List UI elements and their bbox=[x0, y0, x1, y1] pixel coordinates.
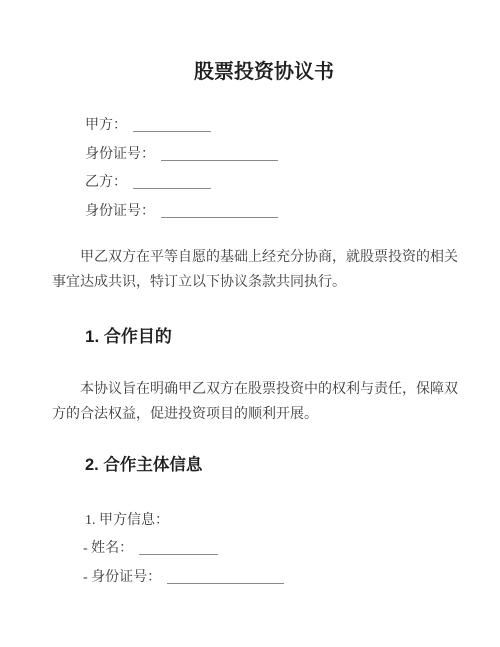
party-a-name-row: 甲方： bbox=[85, 112, 278, 141]
paragraph-line: 方的合法权益，促进投资项目的顺利开展。 bbox=[52, 403, 452, 428]
blank-line bbox=[133, 174, 211, 189]
party-a-info-block: - 姓名： - 身份证号： bbox=[83, 534, 284, 592]
party-a-id-row: 身份证号： bbox=[85, 141, 278, 170]
blank-line bbox=[161, 203, 278, 218]
intro-paragraph: 甲乙双方在平等自愿的基础上经充分协商，就股票投资的相关 事宜达成共识，特订立以下… bbox=[52, 246, 452, 295]
field-label: 乙方： bbox=[85, 175, 127, 190]
name-field-row: - 姓名： bbox=[83, 534, 284, 563]
party-a-info-subheading: 1. 甲方信息： bbox=[85, 508, 169, 533]
blank-line bbox=[161, 146, 278, 161]
section-2-heading: 2. 合作主体信息 bbox=[85, 453, 202, 477]
document-title: 股票投资协议书 bbox=[0, 58, 500, 86]
agreement-document-page: 股票投资协议书 甲方： 身份证号： 乙方： 身份证号： 甲乙双方在平等自愿的基础… bbox=[0, 0, 500, 647]
section-1-paragraph: 本协议旨在明确甲乙双方在股票投资中的权利与责任，保障双 方的合法权益，促进投资项… bbox=[52, 378, 452, 427]
section-1-heading: 1. 合作目的 bbox=[85, 325, 172, 349]
party-fields-block: 甲方： 身份证号： 乙方： 身份证号： bbox=[85, 112, 278, 226]
blank-line bbox=[139, 540, 218, 555]
blank-line bbox=[167, 569, 284, 584]
id-field-row: - 身份证号： bbox=[83, 563, 284, 592]
field-label: - 身份证号： bbox=[83, 570, 161, 585]
paragraph-line: 本协议旨在明确甲乙双方在股票投资中的权利与责任，保障双 bbox=[52, 378, 452, 403]
field-label: - 姓名： bbox=[83, 541, 133, 556]
field-label: 身份证号： bbox=[85, 147, 155, 162]
field-label: 身份证号： bbox=[85, 204, 155, 219]
paragraph-line: 事宜达成共识，特订立以下协议条款共同执行。 bbox=[52, 271, 452, 296]
blank-line bbox=[133, 117, 211, 132]
party-b-id-row: 身份证号： bbox=[85, 198, 278, 227]
paragraph-line: 甲乙双方在平等自愿的基础上经充分协商，就股票投资的相关 bbox=[52, 246, 452, 271]
field-label: 甲方： bbox=[85, 118, 127, 133]
party-b-name-row: 乙方： bbox=[85, 169, 278, 198]
